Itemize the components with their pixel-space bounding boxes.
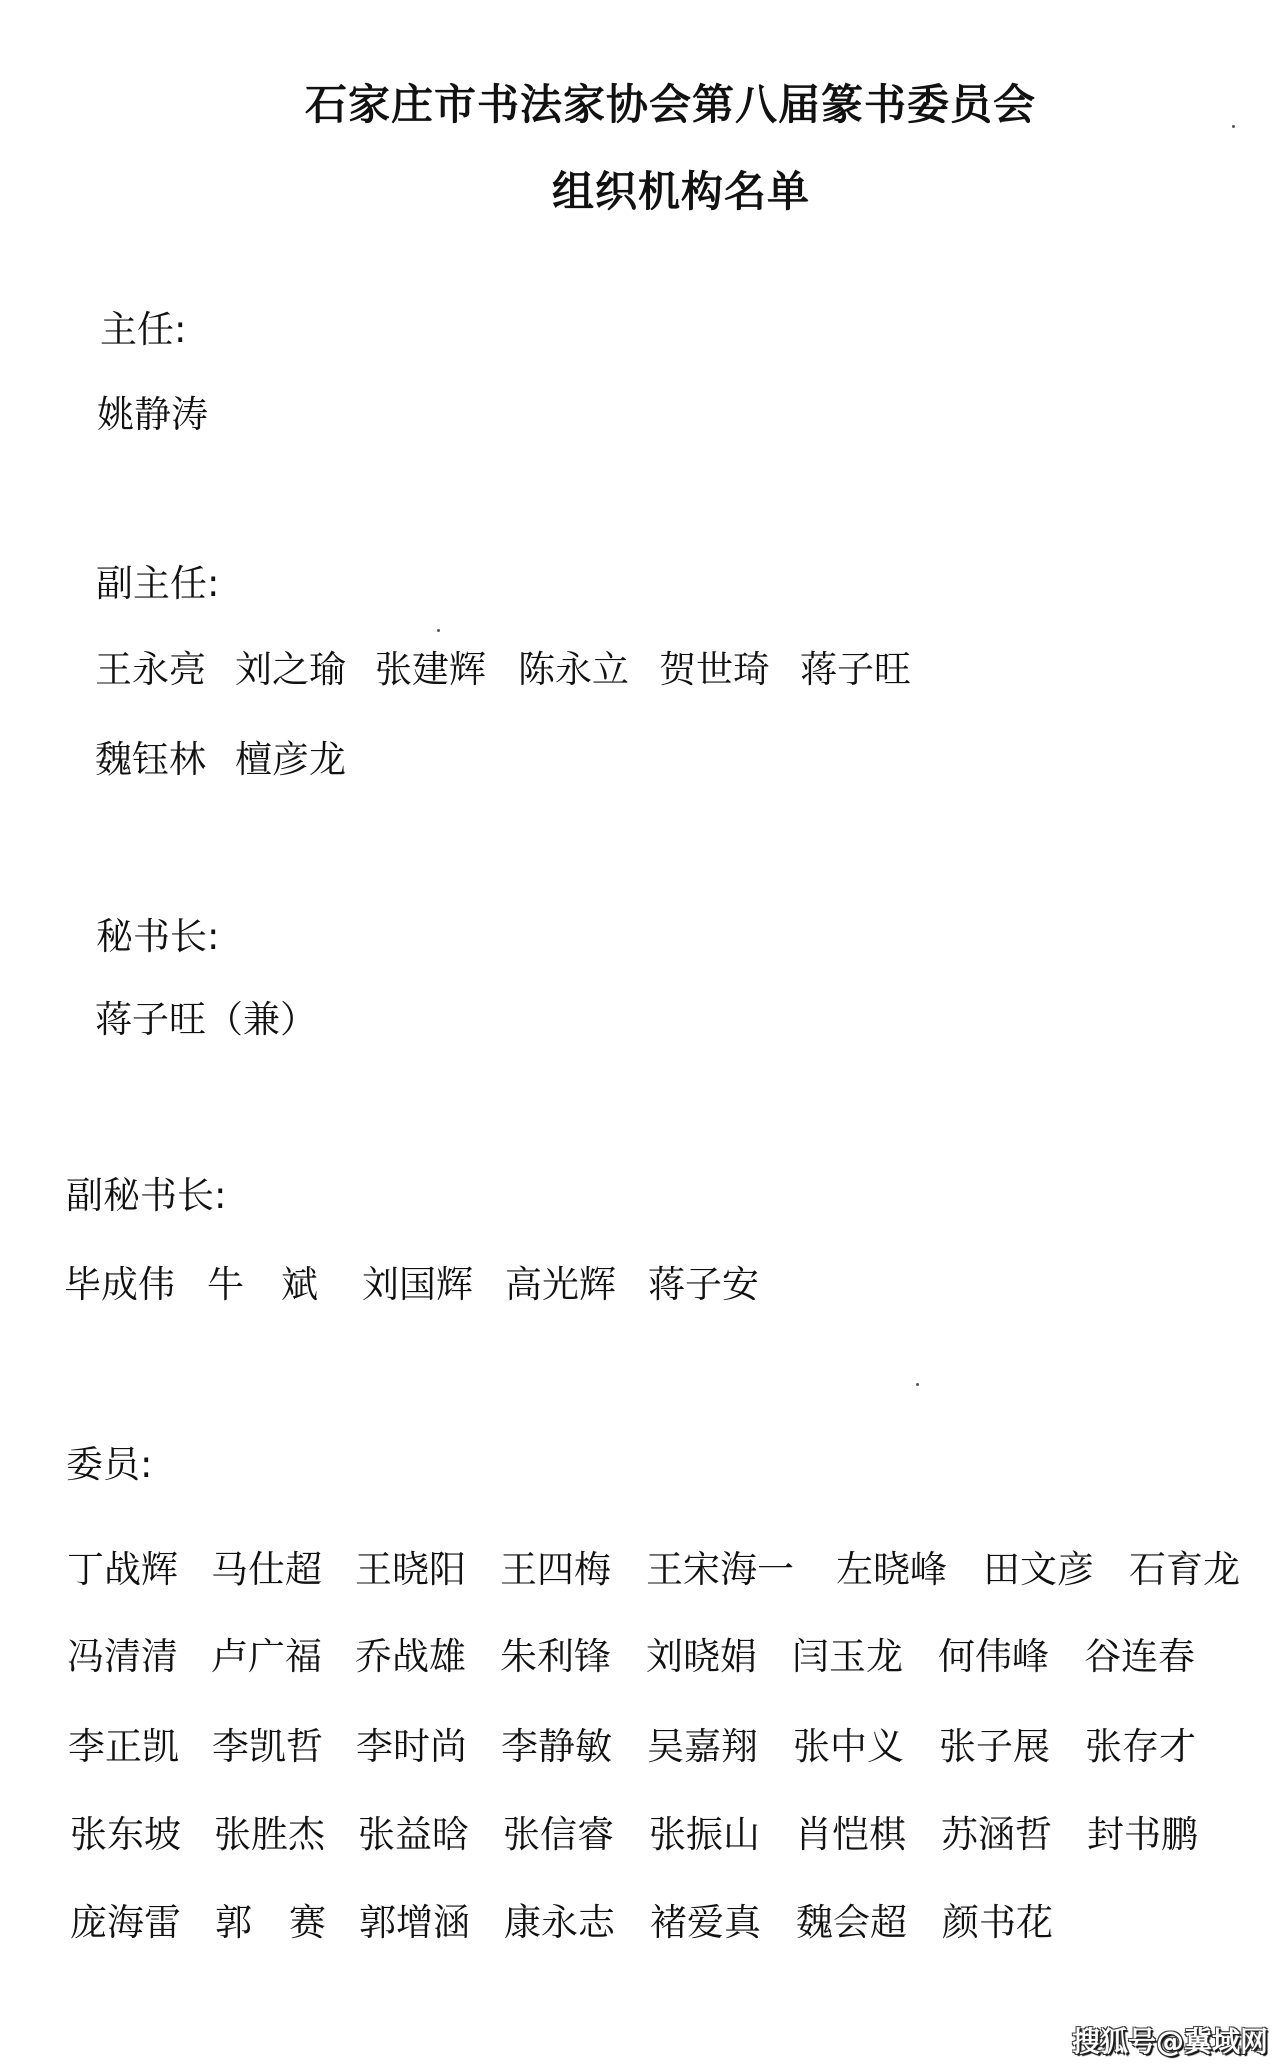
deputy-director-row-1: 王永亮 刘之瑜 张建辉 陈永立 贺世琦 蒋子旺 (95, 651, 911, 688)
name-item: 马仕超 (211, 1551, 355, 1588)
name-item: 颜书花 (942, 1904, 1053, 1941)
deputy-director-row-2: 魏钰林 檀彦龙 (95, 741, 346, 778)
deputy-director-label: 副主任: (96, 565, 219, 602)
name-item: 魏会超 (796, 1904, 942, 1941)
deputy-secretary-general-row: 毕成伟 牛 斌 刘国辉 高光辉 蒋子安 (64, 1266, 759, 1303)
members-row-4: 张东坡 张胜杰 张益晗 张信睿 张振山 肖恺棋 苏涵哲 封书鹏 (70, 1816, 1198, 1853)
scan-speck (916, 1383, 919, 1386)
name-item: 陈永立 (518, 651, 659, 688)
name-item: 田文彦 (983, 1551, 1129, 1588)
deputy-secretary-general-label: 副秘书长: (66, 1177, 226, 1214)
name-item: 牛 斌 (207, 1266, 362, 1303)
members-row-5: 庞海雷 郭 赛 郭增涵 康永志 褚爱真 魏会超 颜书花 (70, 1904, 1053, 1941)
name-item: 蒋子旺（兼） (95, 1001, 317, 1038)
name-item: 褚爱真 (650, 1904, 796, 1941)
watermark: 搜狐号@冀域网 (1072, 2028, 1268, 2056)
members-row-2: 冯清清 卢广福 乔战雄 朱利锋 刘晓娟 闫玉龙 何伟峰 谷连春 (67, 1638, 1195, 1675)
director-label: 主任: (100, 311, 186, 348)
members-row-3: 李正凯 李凯哲 李时尚 李静敏 吴嘉翔 张中义 张子展 张存才 (68, 1728, 1196, 1765)
name-item: 张益晗 (358, 1816, 503, 1853)
name-item: 檀彦龙 (235, 741, 346, 778)
name-item: 左晓峰 (836, 1551, 983, 1588)
name-item: 李凯哲 (212, 1728, 356, 1765)
document-title-line1: 石家庄市书法家协会第八届篆书委员会 (305, 84, 1036, 126)
name-item: 吴嘉翔 (647, 1728, 793, 1765)
name-item: 张存才 (1085, 1728, 1196, 1765)
name-item: 王四梅 (500, 1551, 646, 1588)
name-item: 姚静涛 (97, 396, 208, 433)
name-item: 魏钰林 (95, 741, 235, 778)
director-names: 姚静涛 (97, 396, 208, 433)
name-item: 张胜杰 (214, 1816, 358, 1853)
name-item: 闫玉龙 (792, 1638, 938, 1675)
name-item: 张信睿 (503, 1816, 649, 1853)
secretary-general-names: 蒋子旺（兼） (95, 1001, 317, 1038)
name-item: 冯清清 (67, 1638, 211, 1675)
document-title-line2: 组织机构名单 (552, 171, 810, 213)
name-item: 苏涵哲 (941, 1816, 1087, 1853)
name-item: 张振山 (649, 1816, 795, 1853)
name-item: 张建辉 (375, 651, 518, 688)
name-item: 庞海雷 (70, 1904, 215, 1941)
name-item: 乔战雄 (355, 1638, 500, 1675)
name-item: 李正凯 (68, 1728, 212, 1765)
name-item: 张东坡 (70, 1816, 214, 1853)
name-item: 李时尚 (356, 1728, 501, 1765)
members-label: 委员: (66, 1446, 152, 1483)
name-item: 郭 赛 (215, 1904, 359, 1941)
name-item: 王晓阳 (355, 1551, 500, 1588)
name-item: 王永亮 (95, 651, 235, 688)
name-item: 肖恺棋 (795, 1816, 941, 1853)
name-item: 卢广福 (211, 1638, 355, 1675)
name-item: 石育龙 (1129, 1551, 1240, 1588)
name-item: 丁战辉 (67, 1551, 211, 1588)
name-item: 刘之瑜 (235, 651, 375, 688)
name-item: 刘晓娟 (646, 1638, 792, 1675)
name-item: 谷连春 (1084, 1638, 1195, 1675)
name-item: 张中义 (793, 1728, 939, 1765)
scan-speck (1232, 125, 1235, 128)
name-item: 高光辉 (505, 1266, 648, 1303)
scan-speck (437, 629, 440, 632)
name-item: 郭增涵 (359, 1904, 504, 1941)
name-item: 朱利锋 (500, 1638, 646, 1675)
name-item: 李静敏 (501, 1728, 647, 1765)
name-item: 张子展 (939, 1728, 1085, 1765)
name-item: 何伟峰 (938, 1638, 1084, 1675)
name-item: 康永志 (504, 1904, 650, 1941)
name-item: 毕成伟 (64, 1266, 207, 1303)
name-item: 刘国辉 (362, 1266, 505, 1303)
name-item: 贺世琦 (659, 651, 800, 688)
name-item: 蒋子旺 (800, 651, 911, 688)
members-row-1: 丁战辉 马仕超 王晓阳 王四梅 王宋海一 左晓峰 田文彦 石育龙 (67, 1551, 1240, 1588)
name-item: 王宋海一 (646, 1551, 836, 1588)
name-item: 蒋子安 (648, 1266, 759, 1303)
secretary-general-label: 秘书长: (96, 918, 219, 955)
name-item: 封书鹏 (1087, 1816, 1198, 1853)
